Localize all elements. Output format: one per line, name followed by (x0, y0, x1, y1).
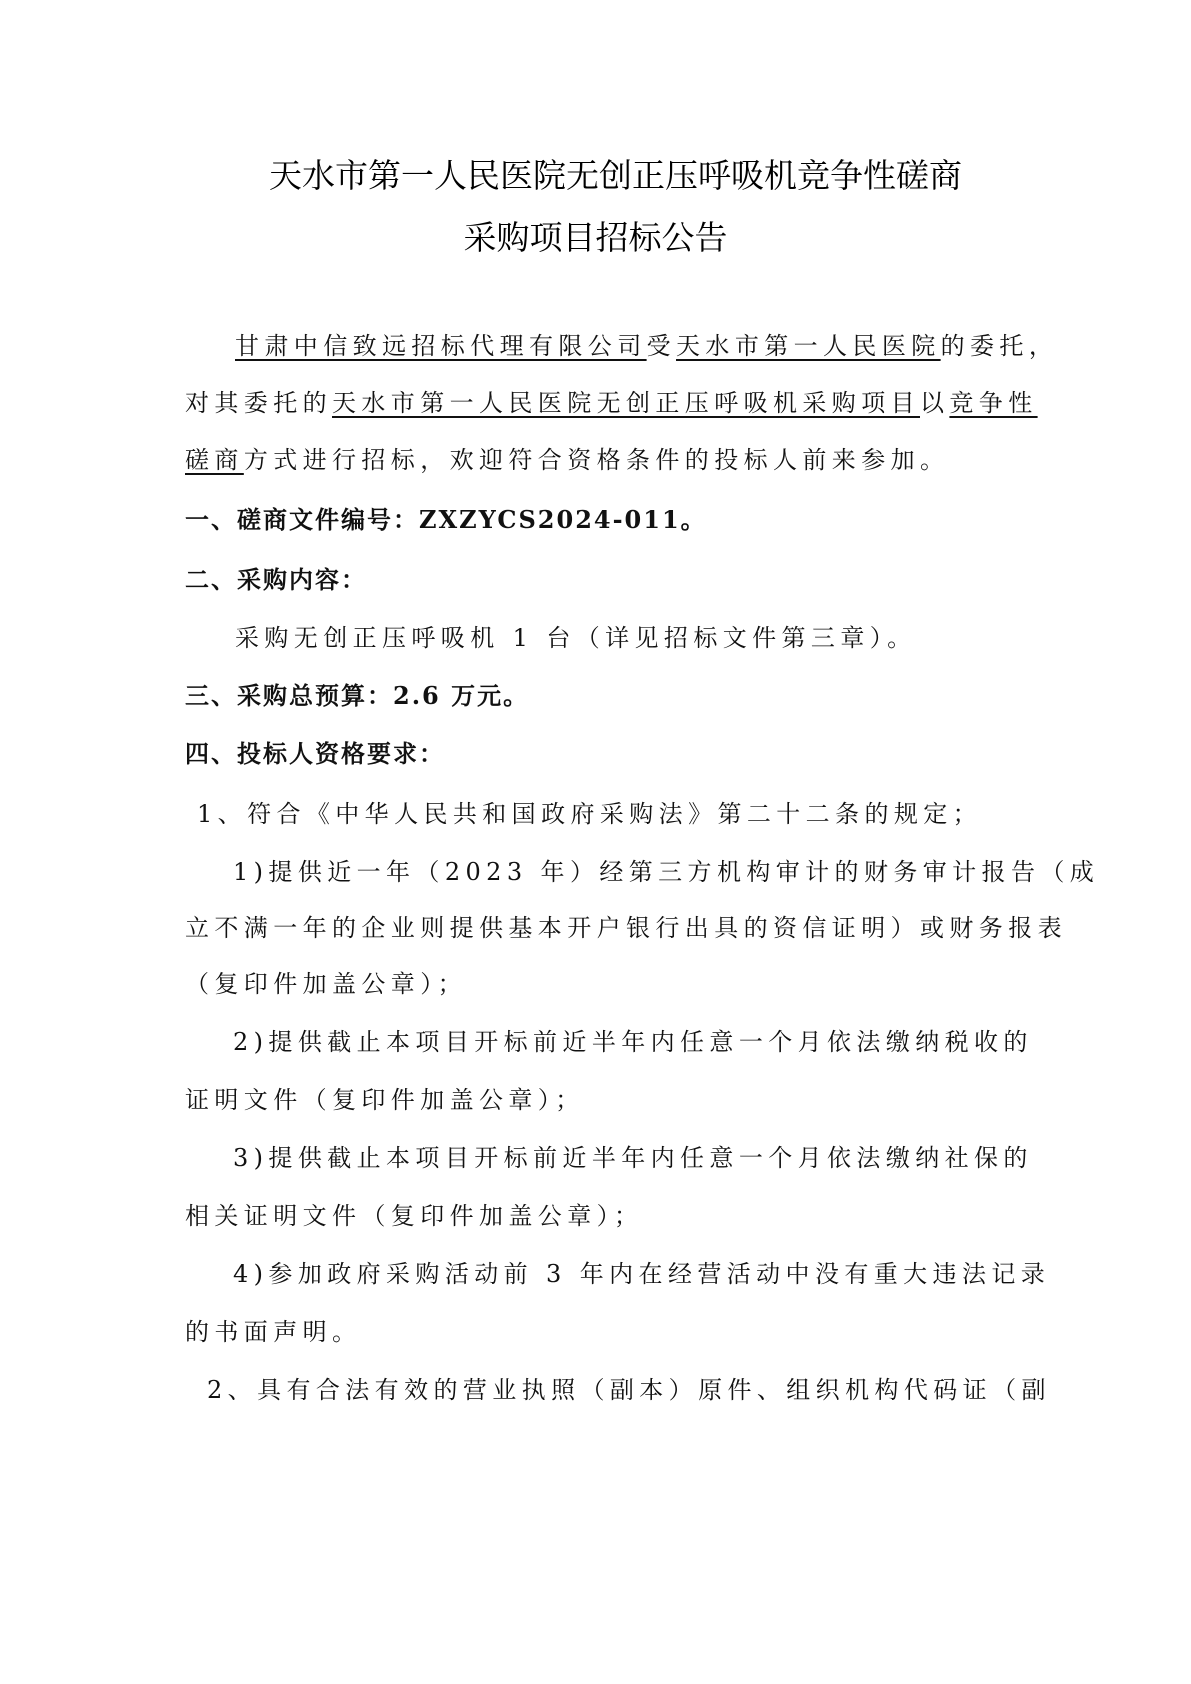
requirement-1-1-cont2: （复印件加盖公章）； (185, 964, 1015, 999)
intro-line-2: 对其委托的天水市第一人民医院无创正压呼吸机采购项目以竞争性 (185, 383, 1015, 418)
section-3-heading: 三、采购总预算：2.6 万元。 (185, 676, 1015, 711)
client-name: 天水市第一人民医院 (676, 332, 941, 360)
intro-text: 受 (647, 332, 676, 360)
requirement-1-3: 3)提供截止本项目开标前近半年内任意一个月依法缴纳社保的 (185, 1138, 1063, 1173)
section-2-body: 采购无创正压呼吸机 1 台（详见招标文件第三章）。 (185, 618, 1065, 653)
requirement-1-4-cont: 的书面声明。 (185, 1312, 1015, 1347)
document-title-line-2: 采购项目招标公告 (0, 212, 1191, 259)
section-1-heading: 一、磋商文件编号：ZXZYCS2024-011。 (185, 500, 1015, 535)
requirement-1-1-cont: 立不满一年的企业则提供基本开户银行出具的资信证明）或财务报表 (185, 908, 1015, 943)
intro-line-1: 甘肃中信致远招标代理有限公司受天水市第一人民医院的委托， (185, 326, 1065, 361)
section-4-heading: 四、投标人资格要求： (185, 734, 1015, 769)
document-title-line-1: 天水市第一人民医院无创正压呼吸机竞争性磋商 (0, 150, 1191, 197)
procurement-method-cont: 磋商 (185, 446, 244, 474)
intro-text: 方式进行招标，欢迎符合资格条件的投标人前来参加。 (244, 446, 950, 474)
section-2-heading: 二、采购内容： (185, 560, 1015, 595)
intro-text: 的委托， (941, 332, 1059, 360)
requirement-1: 1、符合《中华人民共和国政府采购法》第二十二条的规定； (185, 794, 1027, 829)
requirement-1-2: 2)提供截止本项目开标前近半年内任意一个月依法缴纳税收的 (185, 1022, 1063, 1057)
requirement-2: 2、具有合法有效的营业执照（副本）原件、组织机构代码证（副 (185, 1370, 1037, 1405)
agent-name: 甘肃中信致远招标代理有限公司 (235, 332, 647, 360)
requirement-1-1: 1)提供近一年（2023 年）经第三方机构审计的财务审计报告（成 (185, 852, 1063, 887)
project-name: 天水市第一人民医院无创正压呼吸机采购项目 (332, 389, 920, 417)
requirement-1-4: 4)参加政府采购活动前 3 年内在经营活动中没有重大违法记录 (185, 1254, 1063, 1289)
procurement-method: 竞争性 (949, 389, 1037, 417)
intro-text: 对其委托的 (185, 389, 332, 417)
requirement-1-2-cont: 证明文件（复印件加盖公章）； (185, 1080, 1015, 1115)
intro-text: 以 (920, 389, 949, 417)
requirement-1-3-cont: 相关证明文件（复印件加盖公章）； (185, 1196, 1015, 1231)
intro-line-3: 磋商方式进行招标，欢迎符合资格条件的投标人前来参加。 (185, 440, 1015, 475)
document-page: 天水市第一人民医院无创正压呼吸机竞争性磋商 采购项目招标公告 甘肃中信致远招标代… (0, 0, 1191, 1684)
